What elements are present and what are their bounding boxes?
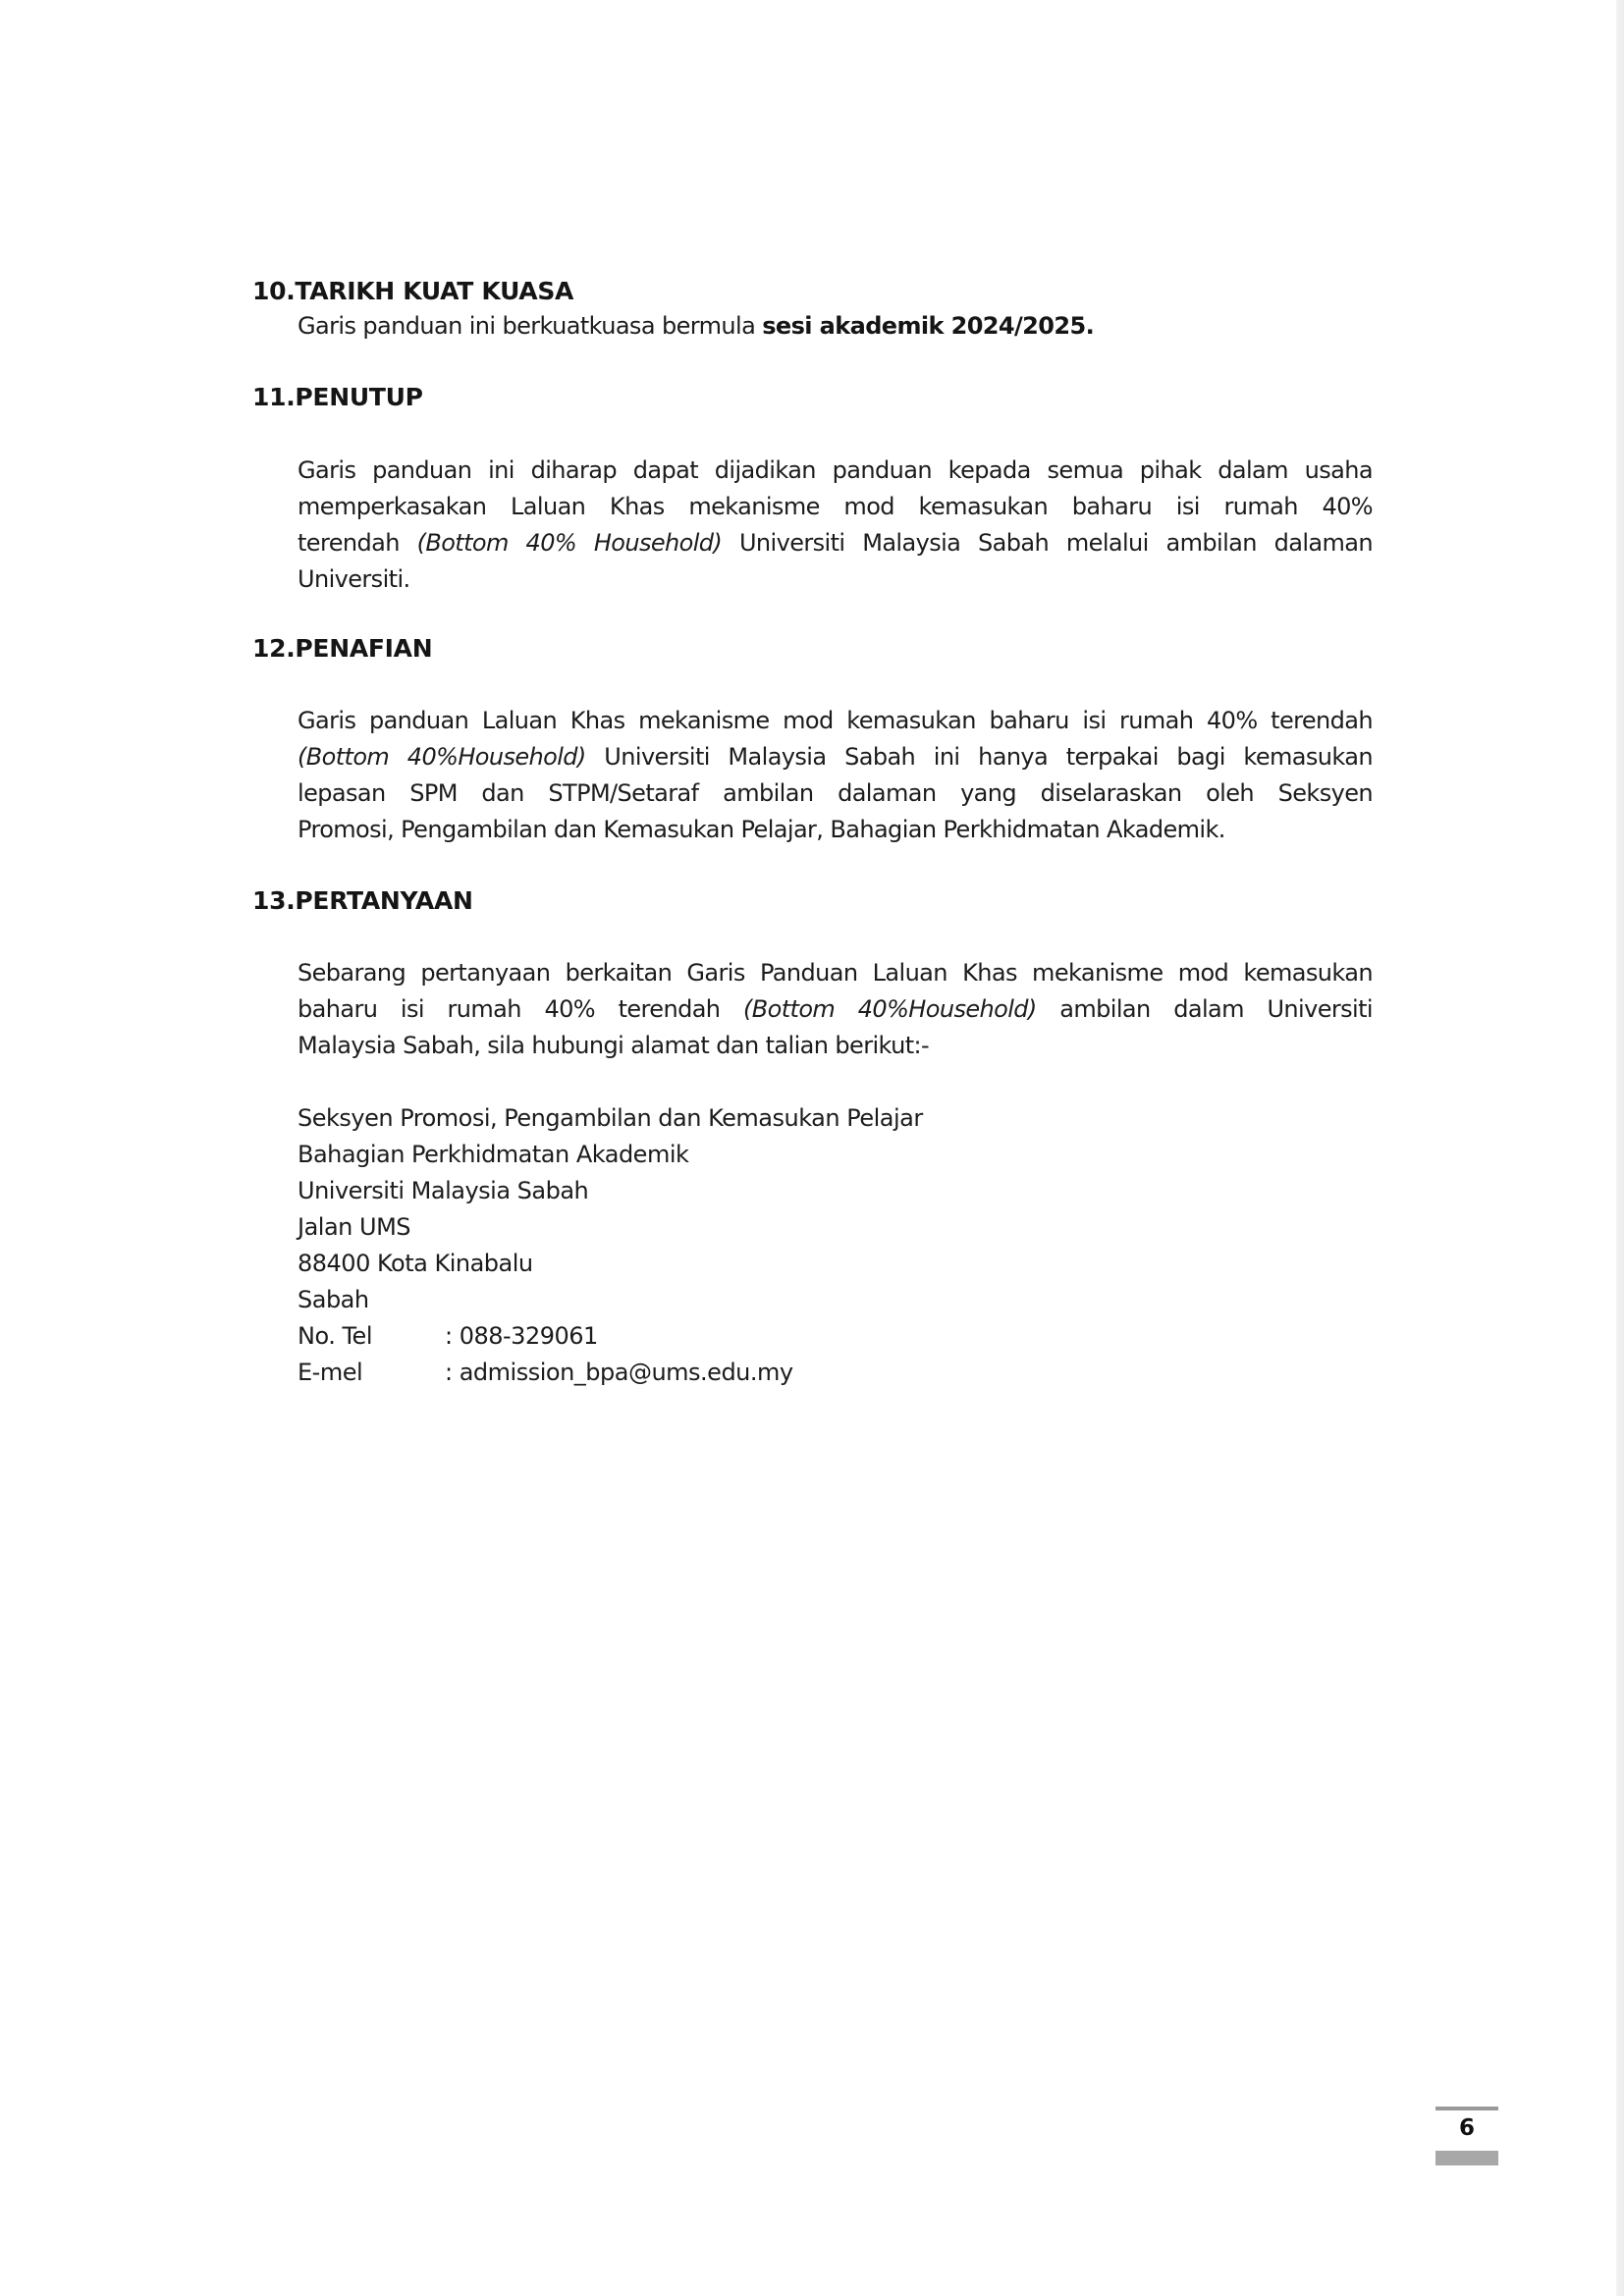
paragraph-line: baharu isi rumah 40% terendah (Bottom 40… [298, 991, 1373, 1028]
address-line: 88400 Kota Kinabalu [298, 1246, 923, 1282]
email-label: E-mel [298, 1355, 445, 1391]
phone-value: : 088-329061 [445, 1322, 598, 1350]
section-title: TARIKH KUAT KUASA [295, 277, 573, 305]
section-10-heading: 10.TARIKH KUAT KUASA [252, 277, 573, 306]
section-13-paragraph: Sebarang pertanyaan berkaitan Garis Pand… [298, 955, 1373, 1064]
section-10-body: Garis panduan ini berkuatkuasa bermula s… [298, 308, 1094, 345]
section-number: 12. [252, 634, 295, 663]
paragraph-line: terendah (Bottom 40% Household) Universi… [298, 525, 1373, 561]
page-number-box: 6 [1435, 2105, 1498, 2167]
section-title: PENAFIAN [295, 634, 432, 663]
line-text: terendah [298, 529, 417, 557]
italic-term: (Bottom 40%Household) [743, 995, 1037, 1023]
line-text: Universiti. [298, 565, 410, 593]
section-title: PERTANYAAN [295, 886, 472, 915]
phone-label: No. Tel [298, 1318, 445, 1355]
section-13-heading: 13.PERTANYAAN [252, 886, 473, 916]
section-number: 10. [252, 277, 295, 305]
line-text: Universiti Malaysia Sabah melalui ambila… [722, 529, 1373, 557]
line-text: Promosi, Pengambilan dan Kemasukan Pelaj… [298, 816, 1225, 843]
page-number-top-rule [1435, 2107, 1498, 2110]
section-title: PENUTUP [295, 383, 422, 411]
section-12-heading: 12.PENAFIAN [252, 634, 432, 664]
contact-address-block: Seksyen Promosi, Pengambilan dan Kemasuk… [298, 1100, 923, 1391]
line-text: Malaysia Sabah, sila hubungi alamat dan … [298, 1032, 929, 1059]
phone-row: No. Tel: 088-329061 [298, 1318, 923, 1355]
effective-session: sesi akademik 2024/2025. [762, 312, 1094, 340]
section-number: 13. [252, 886, 295, 915]
line-text: Universiti Malaysia Sabah ini hanya terp… [586, 743, 1373, 771]
page-number: 6 [1435, 2114, 1498, 2142]
italic-term: (Bottom 40%Household) [298, 743, 586, 771]
body-text: Garis panduan ini berkuatkuasa bermula [298, 312, 762, 340]
address-line: Sabah [298, 1282, 923, 1318]
paragraph-line: Promosi, Pengambilan dan Kemasukan Pelaj… [298, 812, 1373, 848]
paragraph-line: Sebarang pertanyaan berkaitan Garis Pand… [298, 955, 1373, 991]
email-row: E-mel: admission_bpa@ums.edu.my [298, 1355, 923, 1391]
document-page: 10.TARIKH KUAT KUASA Garis panduan ini b… [0, 0, 1624, 2296]
paragraph-line: Garis panduan ini diharap dapat dijadika… [298, 453, 1373, 489]
paragraph-line: Universiti. [298, 561, 1373, 598]
page-edge-shadow [1616, 0, 1624, 2296]
paragraph-line: lepasan SPM dan STPM/Setaraf ambilan dal… [298, 775, 1373, 812]
line-text: memperkasakan Laluan Khas mekanisme mod … [298, 493, 1373, 520]
paragraph-line: (Bottom 40%Household) Universiti Malaysi… [298, 739, 1373, 775]
section-number: 11. [252, 383, 295, 411]
address-line: Seksyen Promosi, Pengambilan dan Kemasuk… [298, 1100, 923, 1137]
line-text: Garis panduan Laluan Khas mekanisme mod … [298, 707, 1373, 734]
page-number-bottom-bar [1435, 2151, 1498, 2165]
paragraph-line: Garis panduan Laluan Khas mekanisme mod … [298, 703, 1373, 739]
address-line: Bahagian Perkhidmatan Akademik [298, 1137, 923, 1173]
line-text: Garis panduan ini diharap dapat dijadika… [298, 456, 1373, 484]
line-text: Sebarang pertanyaan berkaitan Garis Pand… [298, 959, 1373, 987]
paragraph-line: memperkasakan Laluan Khas mekanisme mod … [298, 489, 1373, 525]
address-line: Universiti Malaysia Sabah [298, 1173, 923, 1209]
line-text: ambilan dalam Universiti [1037, 995, 1373, 1023]
italic-term: (Bottom 40% Household) [417, 529, 723, 557]
address-line: Jalan UMS [298, 1209, 923, 1246]
line-text: lepasan SPM dan STPM/Setaraf ambilan dal… [298, 779, 1373, 807]
line-text: baharu isi rumah 40% terendah [298, 995, 743, 1023]
email-value[interactable]: : admission_bpa@ums.edu.my [445, 1359, 793, 1386]
paragraph-line: Malaysia Sabah, sila hubungi alamat dan … [298, 1028, 1373, 1064]
section-11-paragraph: Garis panduan ini diharap dapat dijadika… [298, 453, 1373, 598]
section-12-paragraph: Garis panduan Laluan Khas mekanisme mod … [298, 703, 1373, 848]
section-11-heading: 11.PENUTUP [252, 383, 423, 412]
